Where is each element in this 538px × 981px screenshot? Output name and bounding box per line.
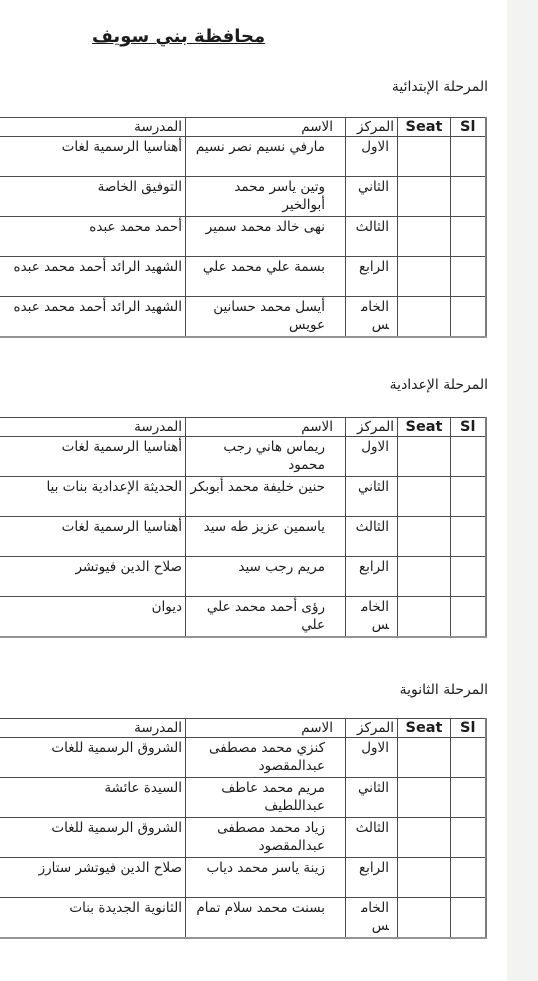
column-header-school: المدرسة bbox=[0, 118, 186, 137]
seat-cell bbox=[398, 217, 451, 257]
seat-cell bbox=[398, 597, 451, 638]
school-cell: السيدة عائشة bbox=[0, 778, 186, 818]
rank-cell: الرابع bbox=[346, 257, 398, 297]
name-cell: حنين خليفة محمد أبوبكر bbox=[186, 477, 346, 517]
sl-cell bbox=[451, 557, 486, 597]
results-table-primary: Sl Seat المركز الاسم المدرسة الاول مارفي… bbox=[0, 117, 487, 338]
school-cell: الشروق الرسمية للغات bbox=[0, 818, 186, 858]
sl-cell bbox=[451, 177, 486, 217]
seat-cell bbox=[398, 297, 451, 338]
stage-title-secondary: المرحلة الثانوية bbox=[0, 681, 488, 700]
table-row: الثالث ياسمين عزيز طه سيد أهناسيا الرسمي… bbox=[0, 517, 486, 557]
table-header-row: Sl Seat المركز الاسم المدرسة bbox=[0, 719, 486, 738]
table-row: الرابع زينة ياسر محمد دياب صلاح الدين في… bbox=[0, 858, 486, 898]
seat-cell bbox=[398, 517, 451, 557]
school-cell: الشهيد الرائد أحمد محمد عبده bbox=[0, 297, 186, 338]
table-row: الرابع مريم رجب سيد صلاح الدين فيوتشر bbox=[0, 557, 486, 597]
table-row: الثاني مريم محمد عاطف عبداللطيف السيدة ع… bbox=[0, 778, 486, 818]
rank-cell: الثاني bbox=[346, 477, 398, 517]
sl-cell bbox=[451, 437, 486, 477]
rank-cell: الثاني bbox=[346, 177, 398, 217]
seat-cell bbox=[398, 818, 451, 858]
table-row: الاول كنزي محمد مصطفى عبدالمقصود الشروق … bbox=[0, 738, 486, 778]
table-row: الثالث نهى خالد محمد سمير أحمد محمد عبده bbox=[0, 217, 486, 257]
seat-cell bbox=[398, 137, 451, 177]
sl-cell bbox=[451, 778, 486, 818]
column-header-sl: Sl bbox=[451, 118, 486, 137]
table-row: الخامس بسنت محمد سلام تمام الثانوية الجد… bbox=[0, 898, 486, 939]
sl-cell bbox=[451, 517, 486, 557]
seat-cell bbox=[398, 177, 451, 217]
seat-cell bbox=[398, 898, 451, 939]
seat-cell bbox=[398, 738, 451, 778]
table-header-row: Sl Seat المركز الاسم المدرسة bbox=[0, 118, 486, 137]
school-cell: صلاح الدين فيوتشر bbox=[0, 557, 186, 597]
name-cell: وتين ياسر محمد أبوالخير bbox=[186, 177, 346, 217]
column-header-rank: المركز bbox=[346, 118, 398, 137]
table-row: الخامس رؤى أحمد محمد علي علي ديوان bbox=[0, 597, 486, 638]
sl-cell bbox=[451, 738, 486, 778]
seat-cell bbox=[398, 257, 451, 297]
name-cell: ريماس هاني رجب محمود bbox=[186, 437, 346, 477]
school-cell: الشهيد الرائد أحمد محمد عبده bbox=[0, 257, 186, 297]
column-header-school: المدرسة bbox=[0, 719, 186, 738]
rank-cell: الخامس bbox=[346, 898, 398, 939]
rank-cell: الاول bbox=[346, 437, 398, 477]
rank-cell: الثالث bbox=[346, 517, 398, 557]
seat-cell bbox=[398, 557, 451, 597]
seat-cell bbox=[398, 778, 451, 818]
name-cell: زينة ياسر محمد دياب bbox=[186, 858, 346, 898]
school-cell: أحمد محمد عبده bbox=[0, 217, 186, 257]
sl-cell bbox=[451, 898, 486, 939]
name-cell: مارفي نسيم نصر نسيم bbox=[186, 137, 346, 177]
column-header-name: الاسم bbox=[186, 418, 346, 437]
name-cell: زياد محمد مصطفى عبدالمقصود bbox=[186, 818, 346, 858]
rank-cell: الثاني bbox=[346, 778, 398, 818]
school-cell: ديوان bbox=[0, 597, 186, 638]
results-table-preparatory: Sl Seat المركز الاسم المدرسة الاول ريماس… bbox=[0, 417, 487, 638]
sl-cell bbox=[451, 297, 486, 338]
table-row: الثالث زياد محمد مصطفى عبدالمقصود الشروق… bbox=[0, 818, 486, 858]
school-cell: الحديثة الإعدادية بنات بيا bbox=[0, 477, 186, 517]
name-cell: بسنت محمد سلام تمام bbox=[186, 898, 346, 939]
sl-cell bbox=[451, 818, 486, 858]
column-header-name: الاسم bbox=[186, 118, 346, 137]
seat-cell bbox=[398, 477, 451, 517]
sl-cell bbox=[451, 217, 486, 257]
column-header-sl: Sl bbox=[451, 719, 486, 738]
rank-cell: الخامس bbox=[346, 297, 398, 338]
school-cell: الشروق الرسمية للغات bbox=[0, 738, 186, 778]
sl-cell bbox=[451, 257, 486, 297]
column-header-seat: Seat bbox=[398, 719, 451, 738]
sl-cell bbox=[451, 137, 486, 177]
column-header-rank: المركز bbox=[346, 719, 398, 738]
name-cell: مريم رجب سيد bbox=[186, 557, 346, 597]
school-cell: أهناسيا الرسمية لغات bbox=[0, 437, 186, 477]
school-cell: الثانوية الجديدة بنات bbox=[0, 898, 186, 939]
school-cell: أهناسيا الرسمية لغات bbox=[0, 517, 186, 557]
school-cell: التوفيق الخاصة bbox=[0, 177, 186, 217]
name-cell: بسمة علي محمد علي bbox=[186, 257, 346, 297]
table-row: الاول مارفي نسيم نصر نسيم أهناسيا الرسمي… bbox=[0, 137, 486, 177]
column-header-seat: Seat bbox=[398, 418, 451, 437]
name-cell: نهى خالد محمد سمير bbox=[186, 217, 346, 257]
name-cell: رؤى أحمد محمد علي علي bbox=[186, 597, 346, 638]
school-cell: أهناسيا الرسمية لغات bbox=[0, 137, 186, 177]
name-cell: أيسل محمد حسانين عويس bbox=[186, 297, 346, 338]
table-row: الثاني حنين خليفة محمد أبوبكر الحديثة ال… bbox=[0, 477, 486, 517]
sl-cell bbox=[451, 477, 486, 517]
page-edge-strip bbox=[507, 0, 538, 981]
stage-title-preparatory: المرحلة الإعدادية bbox=[0, 376, 488, 395]
table-row: الرابع بسمة علي محمد علي الشهيد الرائد أ… bbox=[0, 257, 486, 297]
rank-cell: الرابع bbox=[346, 557, 398, 597]
column-header-sl: Sl bbox=[451, 418, 486, 437]
name-cell: ياسمين عزيز طه سيد bbox=[186, 517, 346, 557]
column-header-rank: المركز bbox=[346, 418, 398, 437]
table-row: الخامس أيسل محمد حسانين عويس الشهيد الرا… bbox=[0, 297, 486, 338]
table-row: الاول ريماس هاني رجب محمود أهناسيا الرسم… bbox=[0, 437, 486, 477]
sl-cell bbox=[451, 858, 486, 898]
sl-cell bbox=[451, 597, 486, 638]
rank-cell: الاول bbox=[346, 738, 398, 778]
stage-title-primary: المرحلة الإبتدائية bbox=[0, 78, 488, 97]
school-cell: صلاح الدين فيوتشر ستارز bbox=[0, 858, 186, 898]
column-header-name: الاسم bbox=[186, 719, 346, 738]
rank-cell: الخامس bbox=[346, 597, 398, 638]
name-cell: مريم محمد عاطف عبداللطيف bbox=[186, 778, 346, 818]
column-header-school: المدرسة bbox=[0, 418, 186, 437]
seat-cell bbox=[398, 858, 451, 898]
page-title: محافظة بني سويف bbox=[92, 26, 265, 47]
table-row: الثاني وتين ياسر محمد أبوالخير التوفيق ا… bbox=[0, 177, 486, 217]
rank-cell: الرابع bbox=[346, 858, 398, 898]
rank-cell: الاول bbox=[346, 137, 398, 177]
column-header-seat: Seat bbox=[398, 118, 451, 137]
table-header-row: Sl Seat المركز الاسم المدرسة bbox=[0, 418, 486, 437]
results-table-secondary: Sl Seat المركز الاسم المدرسة الاول كنزي … bbox=[0, 718, 487, 939]
seat-cell bbox=[398, 437, 451, 477]
name-cell: كنزي محمد مصطفى عبدالمقصود bbox=[186, 738, 346, 778]
rank-cell: الثالث bbox=[346, 818, 398, 858]
rank-cell: الثالث bbox=[346, 217, 398, 257]
